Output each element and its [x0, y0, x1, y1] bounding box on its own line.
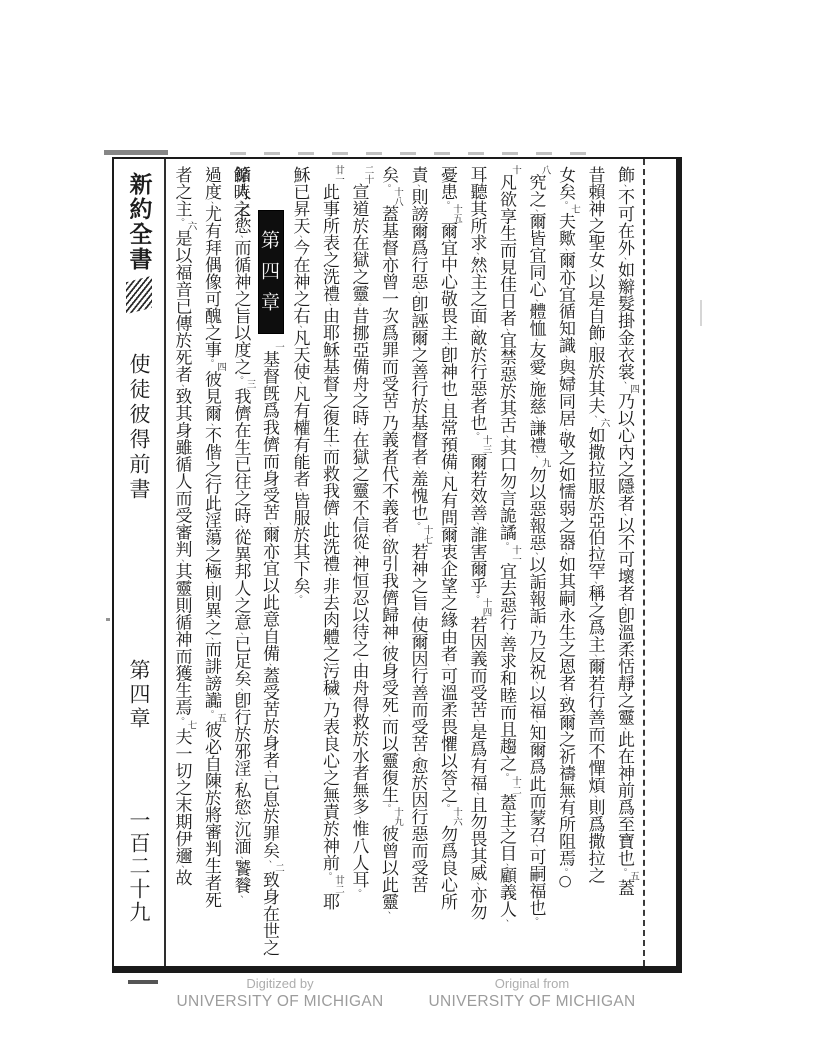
punctuation: 、: [590, 266, 600, 275]
verse-number: 十三: [481, 435, 491, 454]
text-column-15: 過度、尤有拜偶像可醜之事。四彼見爾、不偕之行此淫蕩之極、則異之、而誹謗讟。五彼必…: [196, 166, 226, 962]
punctuation: 、: [177, 862, 187, 871]
punctuation: 、: [501, 916, 511, 925]
punctuation: 、: [531, 549, 541, 558]
verse-number: 五: [628, 871, 638, 881]
verse-number: 六: [186, 221, 196, 231]
punctuation: 、: [501, 432, 511, 441]
text-column-9: 矣。十八蓋基督亦曾一次爲罪而受苦、乃義者代不義者、欲引我儕歸神、彼身受死、而以靈…: [373, 166, 403, 962]
footer-digitized-by: Digitized by: [170, 976, 390, 991]
verse-number: 五: [215, 713, 225, 723]
punctuation: 、: [324, 300, 334, 309]
punctuation: 、: [531, 678, 541, 687]
text-column-10: 二十宣道於在獄之靈。昔挪亞備舟之時、在獄之靈不信從、神恒忍以待之、由舟得救於水者…: [343, 166, 373, 962]
section-circle: ○: [556, 872, 574, 890]
punctuation: 、: [560, 245, 570, 254]
text-column-12: 穌已昇天、今在神之右、凡天使、凡有權有能者、皆服於其下矣。: [284, 166, 314, 962]
verse-number: 六: [599, 418, 609, 428]
punctuation: 、: [324, 514, 334, 523]
text-column-2: 昔賴神之聖女、以是自飾、服於其夫、六如撒拉服於亞伯拉罕、稱之爲主、爾若行善而不憚…: [579, 166, 609, 962]
punctuation: 、: [235, 198, 245, 207]
verse-number: 七: [186, 720, 196, 730]
punctuation: 、: [531, 413, 541, 422]
text-columns: 飾、不可在外、如辮髮掛金衣裳、四乃以心內之隱者、以不可壞者、卽溫柔恬靜之靈、此在…: [164, 159, 645, 966]
punctuation: 、: [324, 570, 334, 579]
text-column-16: 者之主。六是以福音已傳於死者、致其身雖循人而受審判、其靈則循神而獲生焉。七夫一切…: [166, 166, 196, 962]
text-column-4: 八究之、爾皆宜同心、體恤、友愛、施慈、謙禮、九勿以惡報惡、以詬報詬、乃反祝、以福…: [520, 166, 550, 962]
punctuation: 、: [413, 463, 423, 472]
verse-number: 十: [510, 165, 520, 175]
punctuation: 、: [383, 531, 393, 540]
verse-number: 四: [628, 384, 638, 394]
running-title: 使徒彼得前書: [124, 353, 154, 503]
punctuation: 、: [560, 690, 570, 699]
punctuation: 、: [354, 548, 364, 557]
punctuation: 、: [354, 655, 364, 664]
punctuation: 、: [236, 853, 246, 862]
punctuation: 、: [264, 519, 274, 528]
scan-smudge: [104, 150, 168, 155]
scanned-book-page: { "page": { "book_title": "新約全書", "runni…: [0, 0, 816, 1056]
text-column-5: 十凡欲享生而見佳日者、宜禁惡於其舌、其口勿言詭譎。十一宜去惡行、善求和睦而且趨之…: [491, 166, 521, 962]
punctuation: 、: [206, 578, 216, 587]
footer-original: Original from UNIVERSITY OF MICHIGAN: [427, 976, 637, 1011]
punctuation: 、: [619, 181, 629, 190]
punctuation: 、: [354, 424, 364, 433]
punctuation: 、: [619, 254, 629, 263]
verse-number: 八: [540, 165, 550, 175]
punctuation: 、: [619, 724, 629, 733]
punctuation: 、: [177, 556, 187, 565]
punctuation: 、: [236, 685, 246, 694]
punctuation: 、: [236, 629, 246, 638]
punctuation: 、: [413, 181, 423, 190]
verse-number: 九: [540, 458, 550, 468]
punctuation: 、: [324, 441, 334, 450]
punctuation: 、: [501, 325, 511, 334]
punctuation: 、: [206, 198, 216, 207]
punctuation: 、: [295, 485, 305, 494]
punctuation: 、: [531, 717, 541, 726]
footer-digitized: Digitized by UNIVERSITY OF MICHIGAN: [170, 976, 390, 1011]
punctuation: 、: [531, 622, 541, 631]
punctuation: 、: [264, 660, 274, 669]
book-title: 新約全書: [123, 172, 156, 272]
text-column-1: 飾、不可在外、如辮髮掛金衣裳、四乃以心內之隱者、以不可壞者、卽溫柔恬靜之靈、此在…: [609, 166, 639, 962]
punctuation: 、: [236, 892, 246, 901]
text-column-13: 第四章一基督旣爲我儕而身受苦、爾亦宜以此意自備、蓋受苦於身者、已息於罪矣、二致身…: [255, 166, 285, 962]
punctuation: 、: [472, 249, 482, 258]
text-column-8: 責、則謗爾爲行惡、卽誣爾之善行於基督者、羞愧也。十七若神之旨、使爾因行善而受苦、…: [402, 166, 432, 962]
punctuation: 、: [619, 600, 629, 609]
punctuation: 、: [413, 609, 423, 618]
punctuation: 、: [383, 407, 393, 416]
punctuation: 。: [295, 592, 305, 601]
punctuation: 、: [383, 638, 393, 647]
punctuation: 、: [324, 694, 334, 703]
verse-number: 一: [273, 342, 283, 352]
text-column-3: 女矣。七夫歟、爾亦宜循知識、與婦同居、敬之如懦弱之器、如其嗣永生之恩者、致爾之祈…: [550, 166, 580, 962]
punctuation: 、: [295, 232, 305, 241]
verse-number: 十八: [392, 187, 402, 206]
verse-number: 十五: [451, 204, 461, 223]
punctuation: 。: [354, 886, 364, 895]
verse-number: 十九: [392, 807, 402, 826]
punctuation: 、: [472, 519, 482, 528]
punctuation: 、: [590, 578, 600, 587]
punctuation: 、: [295, 378, 305, 387]
footer-original-org: UNIVERSITY OF MICHIGAN: [427, 993, 637, 1011]
punctuation: 。: [531, 914, 541, 923]
margin-chapter-label: 第四章: [124, 659, 154, 731]
verse-number: 十四: [481, 598, 491, 617]
verse-number: 三: [245, 379, 255, 389]
text-column-11: 廿一此事所表之洗禮、由耶穌基督之復生、而救我儕、此洗禮、非去肉體之污穢、乃表良心…: [314, 166, 344, 962]
punctuation: 、: [472, 716, 482, 725]
text-column-7: 憂患。十五爾宜中心敬畏主、卽神也、且常預備、凡有問爾衷企望之緣由者、可溫柔畏懼以…: [432, 166, 462, 962]
chapter-heading-box: 第四章: [258, 210, 284, 334]
punctuation: 、: [472, 789, 482, 798]
verse-number: 十七: [422, 525, 432, 544]
punctuation: 、: [590, 792, 600, 801]
punctuation: 、: [177, 381, 187, 390]
verse-number: 廿二: [333, 875, 343, 894]
punctuation: 、: [413, 288, 423, 297]
punctuation: 、: [413, 750, 423, 759]
verse-number: 四: [215, 362, 225, 372]
punctuation: 、: [383, 711, 393, 720]
verse-number: 十一: [510, 545, 520, 564]
punctuation: 、: [560, 425, 570, 434]
punctuation: 、: [236, 775, 246, 784]
punctuation: 、: [236, 522, 246, 531]
section-divider-mark: [126, 276, 152, 314]
punctuation: 、: [206, 634, 216, 643]
verse-number: 七: [569, 204, 579, 214]
punctuation: 、: [560, 352, 570, 361]
punctuation: 、: [236, 814, 246, 823]
punctuation: 、: [442, 468, 452, 477]
punctuation: 、: [206, 420, 216, 429]
footer-digitized-org: UNIVERSITY OF MICHIGAN: [170, 993, 390, 1011]
punctuation: 、: [236, 232, 246, 241]
punctuation: 、: [531, 206, 541, 215]
scan-smudge: [230, 152, 600, 155]
text-column-14: 循人之慾、而循神之旨以度之。三我儕在生已往之時、從異邦人之意、已足矣、卽行於邪淫…: [225, 166, 255, 962]
page-number: 一百二十九: [124, 809, 154, 924]
verse-number: 十二: [510, 776, 520, 795]
punctuation: 、: [442, 339, 452, 348]
punctuation: 、: [531, 374, 541, 383]
punctuation: 、: [295, 322, 305, 331]
punctuation: 、: [619, 510, 629, 519]
punctuation: 、: [472, 879, 482, 888]
scan-speck: [106, 618, 110, 621]
text-column-6: 耳聽其所求、然主之面、敵於行惡者也。十三爾若效善、誰害爾乎。十四若因義而受苦、是…: [461, 166, 491, 962]
punctuation: 、: [531, 296, 541, 305]
punctuation: 、: [531, 335, 541, 344]
punctuation: 、: [354, 813, 364, 822]
punctuation: 、: [590, 339, 600, 348]
punctuation: 。: [354, 300, 364, 309]
punctuation: 、: [442, 395, 452, 404]
punctuation: 、: [590, 651, 600, 660]
verse-number: 二十: [363, 165, 373, 184]
punctuation: 、: [472, 322, 482, 331]
punctuation: 、: [264, 767, 274, 776]
page-frame: 新約全書 使徒彼得前書 第四章 一百二十九 飾、不可在外、如辮髮掛金衣裳、四乃以…: [112, 157, 682, 973]
punctuation: 、: [501, 629, 511, 638]
scan-speck: [128, 980, 158, 984]
footer-original-from: Original from: [427, 976, 637, 991]
punctuation: 、: [442, 660, 452, 669]
punctuation: 、: [531, 841, 541, 850]
punctuation: 、: [501, 860, 511, 869]
verse-number: 十六: [451, 807, 461, 826]
sidebar-margin: 新約全書 使徒彼得前書 第四章 一百二十九: [114, 159, 166, 966]
verse-number: 廿一: [333, 165, 343, 184]
verse-number: 二: [273, 863, 283, 873]
punctuation: 、: [560, 549, 570, 558]
punctuation: 、: [383, 908, 393, 917]
scan-speck: [700, 300, 702, 326]
